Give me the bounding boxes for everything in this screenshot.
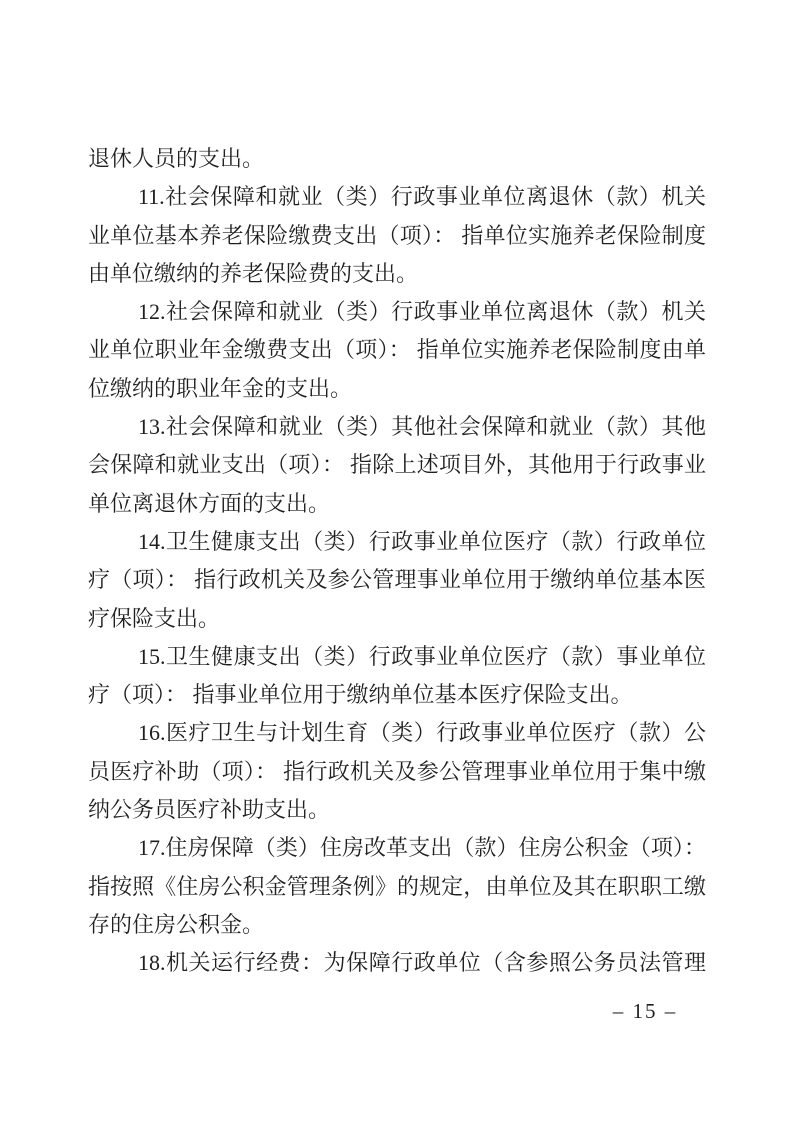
text-line: 员医疗补助（项）： 指行政机关及参公管理事业单位用于集中缴: [88, 753, 706, 791]
text-line: 位缴纳的职业年金的支出。: [88, 370, 706, 408]
text-line: 退休人员的支出。: [88, 140, 706, 178]
text-line: 业单位职业年金缴费支出（项）： 指单位实施养老保险制度由单: [88, 331, 706, 369]
text-line: 由单位缴纳的养老保险费的支出。: [88, 255, 706, 293]
text-line: 纳公务员医疗补助支出。: [88, 791, 706, 829]
document-page: 退休人员的支出。 11.社会保障和就业（类）行政事业单位离退休（款）机关事 业单…: [0, 0, 793, 1122]
text-line: 18.机关运行经费：为保障行政单位（含参照公务员法管理的: [88, 944, 706, 982]
text-line: 会保障和就业支出（项）： 指除上述项目外，其他用于行政事业: [88, 446, 706, 484]
page-number: – 15 –: [593, 996, 697, 1026]
text-line: 15.卫生健康支出（类）行政事业单位医疗（款）事业单位医: [88, 638, 706, 676]
text-line: 16.医疗卫生与计划生育（类）行政事业单位医疗（款）公务: [88, 714, 706, 752]
text-line: 指按照《住房公积金管理条例》的规定，由单位及其在职职工缴: [88, 868, 706, 906]
text-line: 14.卫生健康支出（类）行政事业单位医疗（款）行政单位医: [88, 523, 706, 561]
document-body: 退休人员的支出。 11.社会保障和就业（类）行政事业单位离退休（款）机关事 业单…: [88, 140, 706, 983]
text-line: 13.社会保障和就业（类）其他社会保障和就业（款）其他社: [88, 408, 706, 446]
text-line: 11.社会保障和就业（类）行政事业单位离退休（款）机关事: [88, 178, 706, 216]
text-line: 17.住房保障（类）住房改革支出（款）住房公积金（项）：: [88, 829, 706, 867]
text-line: 单位离退休方面的支出。: [88, 485, 706, 523]
text-line: 存的住房公积金。: [88, 906, 706, 944]
text-line: 疗保险支出。: [88, 600, 706, 638]
text-line: 12.社会保障和就业（类）行政事业单位离退休（款）机关事: [88, 293, 706, 331]
text-line: 疗（项）： 指事业单位用于缴纳单位基本医疗保险支出。: [88, 676, 706, 714]
text-line: 业单位基本养老保险缴费支出（项）： 指单位实施养老保险制度: [88, 217, 706, 255]
text-line: 疗（项）： 指行政机关及参公管理事业单位用于缴纳单位基本医: [88, 561, 706, 599]
